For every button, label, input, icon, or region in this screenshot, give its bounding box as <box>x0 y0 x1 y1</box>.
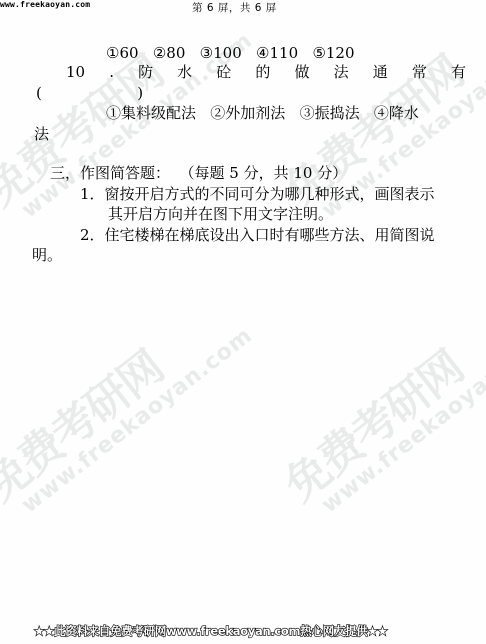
q10-char: 法 <box>334 63 349 81</box>
q10-char: 砼 <box>216 63 231 81</box>
q10-options-line1: ①集料级配法 ②外加剂法 ③振捣法 ④降水 <box>106 104 419 122</box>
q10-char: 通 <box>373 63 388 81</box>
watermark-cn: 免费考研网 <box>269 277 486 513</box>
s3-q1-line1: 1．窗按开启方式的不同可分为哪几种形式，画图表示 <box>80 185 435 203</box>
watermark-en: www.freekaoyan.com <box>17 323 257 518</box>
q10-char: 做 <box>295 63 310 81</box>
watermark: 免费考研网 www.freekaoyan.com <box>269 277 486 528</box>
section3-title: 三，作图简答题： （每题 5 分，共 10 分） <box>50 164 347 182</box>
q10-char: 防 <box>138 63 153 81</box>
q10-options-line2: 法 <box>34 125 49 143</box>
q10-dot: . <box>109 63 114 81</box>
s3-q2-line1: 2．住宅楼梯在梯底设出入口时有哪些方法、用简图说 <box>80 226 435 244</box>
watermark: 免费考研网 www.freekaoyan.com <box>0 277 257 528</box>
q10-answer-blank: ( ) <box>36 84 143 102</box>
q10-char: 水 <box>177 63 192 81</box>
q10-number: 10 <box>66 63 85 81</box>
site-url[interactable]: www.freekaoyan.com <box>0 0 90 9</box>
q9-options: ①60 ②80 ③100 ④110 ⑤120 <box>106 44 355 62</box>
s3-q2-line2: 明。 <box>32 246 62 264</box>
page-indicator: 第 6 屏，共 6 屏 <box>192 2 277 15</box>
footer-banner: ★★此资料来自免费考研网www.freekaoyan.com热心网友提供★★ <box>34 623 387 639</box>
q10-char: 的 <box>255 63 270 81</box>
watermark-en: www.freekaoyan.com <box>317 323 486 518</box>
s3-q1-line2: 其开启方向并在图下用文字注明。 <box>108 205 333 223</box>
q10-char: 有 <box>451 63 466 81</box>
watermark-cn: 免费考研网 <box>0 277 246 513</box>
q10-char: 常 <box>412 63 427 81</box>
q10-stem: 10 . 防 水 砼 的 做 法 通 常 有 <box>66 63 466 81</box>
